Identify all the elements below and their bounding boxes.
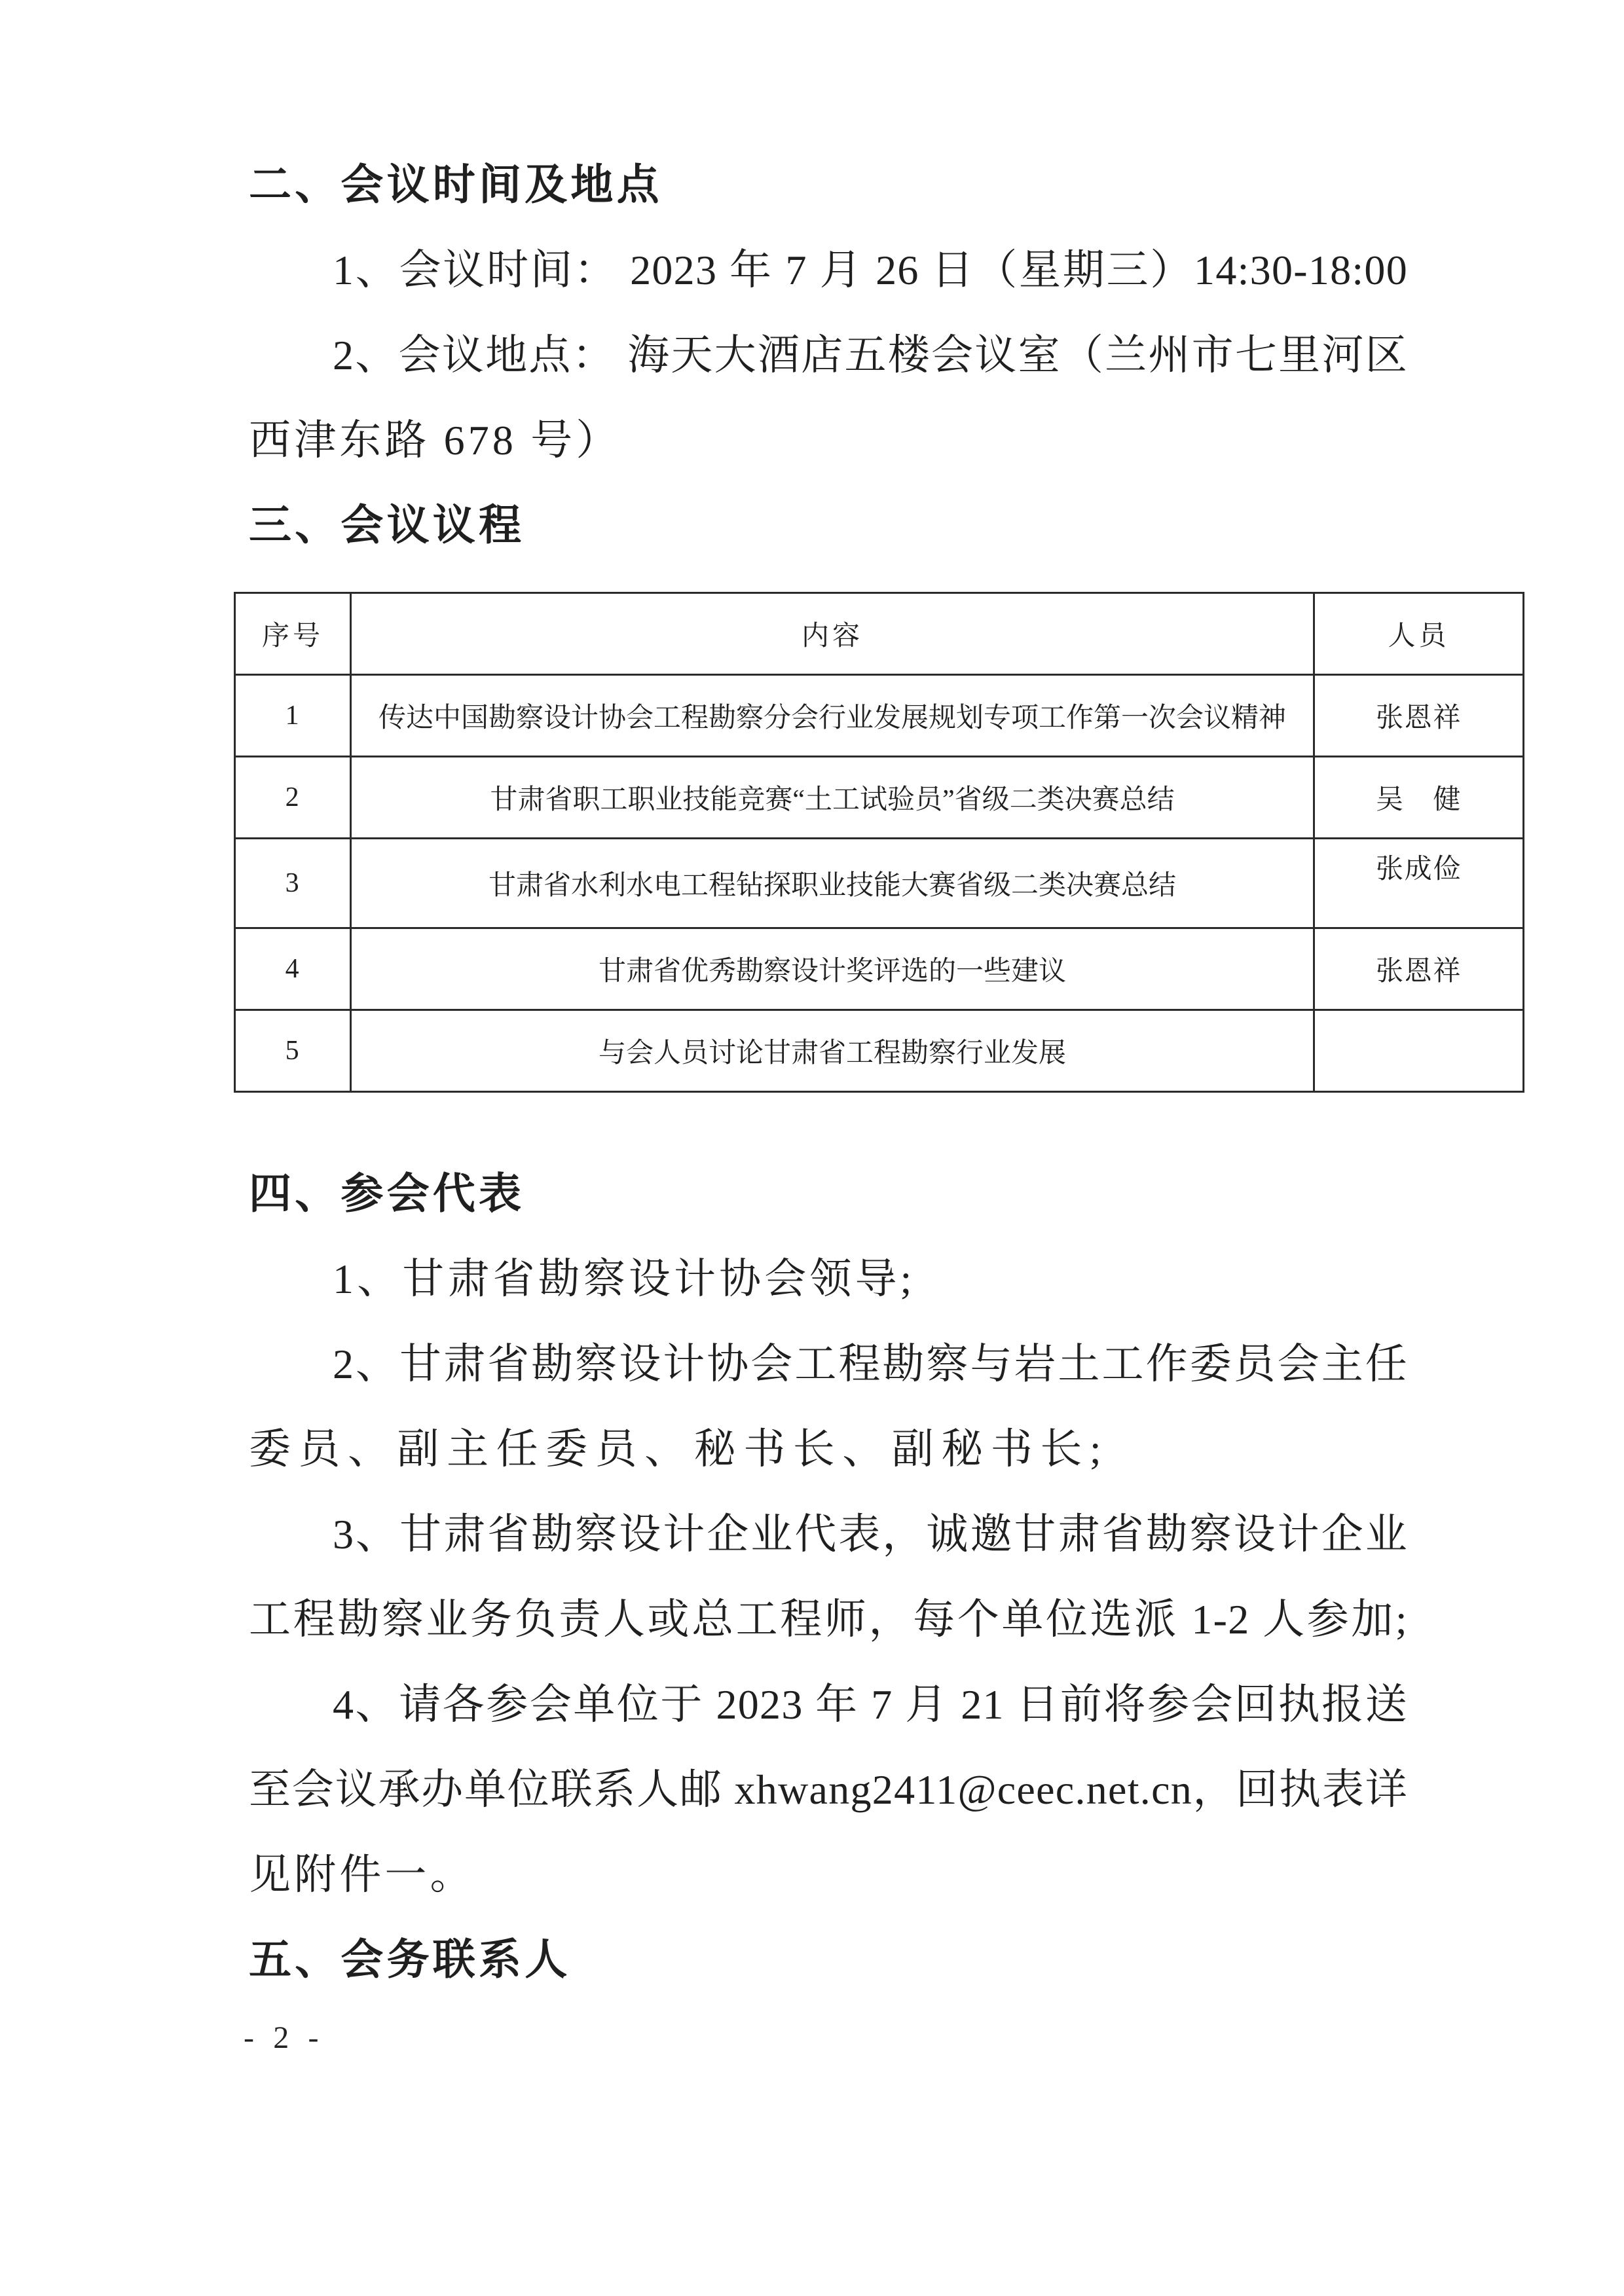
- row-content: 甘肃省职工职业技能竞赛“土工试验员”省级二类决赛总结: [351, 757, 1314, 839]
- page-number: - 2 -: [244, 2002, 324, 2074]
- row-number: 4: [235, 928, 351, 1010]
- delegates-item-3-line-1: 3、甘肃省勘察设计企业代表，诚邀甘肃省勘察设计企业: [249, 1492, 1408, 1577]
- row-person: 吴 健: [1314, 757, 1524, 839]
- row-number: 1: [235, 675, 351, 757]
- section-4-heading: 四、参会代表: [249, 1152, 1408, 1237]
- row-person: 张恩祥: [1314, 675, 1524, 757]
- meeting-place-line-2: 西津东路 678 号）: [249, 398, 1408, 483]
- agenda-table-header-row: 序号 内容 人员: [235, 593, 1524, 675]
- delegates-item-4-line-2: 至会议承办单位联系人邮 xhwang2411@ceec.net.cn，回执表详: [249, 1747, 1408, 1832]
- table-row: 2 甘肃省职工职业技能竞赛“土工试验员”省级二类决赛总结 吴 健: [235, 757, 1524, 839]
- table-row: 5 与会人员讨论甘肃省工程勘察行业发展: [235, 1010, 1524, 1092]
- delegates-item-1: 1、甘肃省勘察设计协会领导;: [249, 1237, 1408, 1322]
- table-row: 4 甘肃省优秀勘察设计奖评选的一些建议 张恩祥: [235, 928, 1524, 1010]
- row-content: 传达中国勘察设计协会工程勘察分会行业发展规划专项工作第一次会议精神: [351, 675, 1314, 757]
- row-number: 2: [235, 757, 351, 839]
- section-5-heading: 五、会务联系人: [249, 1918, 1408, 2003]
- row-person: [1314, 1010, 1524, 1092]
- section-3-heading: 三、会议议程: [249, 483, 1408, 568]
- delegates-item-4-line-1: 4、请各参会单位于 2023 年 7 月 21 日前将参会回执报送: [249, 1662, 1408, 1747]
- header-cell-content: 内容: [351, 593, 1314, 675]
- header-cell-person: 人员: [1314, 593, 1524, 675]
- row-number: 3: [235, 839, 351, 928]
- delegates-item-3-line-2: 工程勘察业务负责人或总工程师，每个单位选派 1-2 人参加;: [249, 1577, 1408, 1662]
- table-row: 1 传达中国勘察设计协会工程勘察分会行业发展规划专项工作第一次会议精神 张恩祥: [235, 675, 1524, 757]
- meeting-time-line: 1、会议时间： 2023 年 7 月 26 日（星期三）14:30-18:00: [249, 228, 1408, 313]
- header-cell-number: 序号: [235, 593, 351, 675]
- row-content: 甘肃省水利水电工程钻探职业技能大赛省级二类决赛总结: [351, 839, 1314, 928]
- agenda-table: 序号 内容 人员 1 传达中国勘察设计协会工程勘察分会行业发展规划专项工作第一次…: [234, 592, 1524, 1093]
- row-content: 甘肃省优秀勘察设计奖评选的一些建议: [351, 928, 1314, 1010]
- row-person: 张恩祥: [1314, 928, 1524, 1010]
- delegates-item-2-line-2: 委员、副主任委员、秘书长、副秘书长;: [249, 1407, 1408, 1492]
- document-content: 二、会议时间及地点 1、会议时间： 2023 年 7 月 26 日（星期三）14…: [249, 143, 1408, 2003]
- document-page: 二、会议时间及地点 1、会议时间： 2023 年 7 月 26 日（星期三）14…: [0, 0, 1624, 2296]
- delegates-item-2-line-1: 2、甘肃省勘察设计协会工程勘察与岩土工作委员会主任: [249, 1322, 1408, 1407]
- row-content: 与会人员讨论甘肃省工程勘察行业发展: [351, 1010, 1314, 1092]
- table-row: 3 甘肃省水利水电工程钻探职业技能大赛省级二类决赛总结 张成俭: [235, 839, 1524, 928]
- row-person: 张成俭: [1314, 839, 1524, 928]
- section-2-heading: 二、会议时间及地点: [249, 143, 1408, 228]
- meeting-place-line-1: 2、会议地点： 海天大酒店五楼会议室（兰州市七里河区: [249, 313, 1408, 398]
- row-number: 5: [235, 1010, 351, 1092]
- delegates-item-4-line-3: 见附件一。: [249, 1832, 1408, 1918]
